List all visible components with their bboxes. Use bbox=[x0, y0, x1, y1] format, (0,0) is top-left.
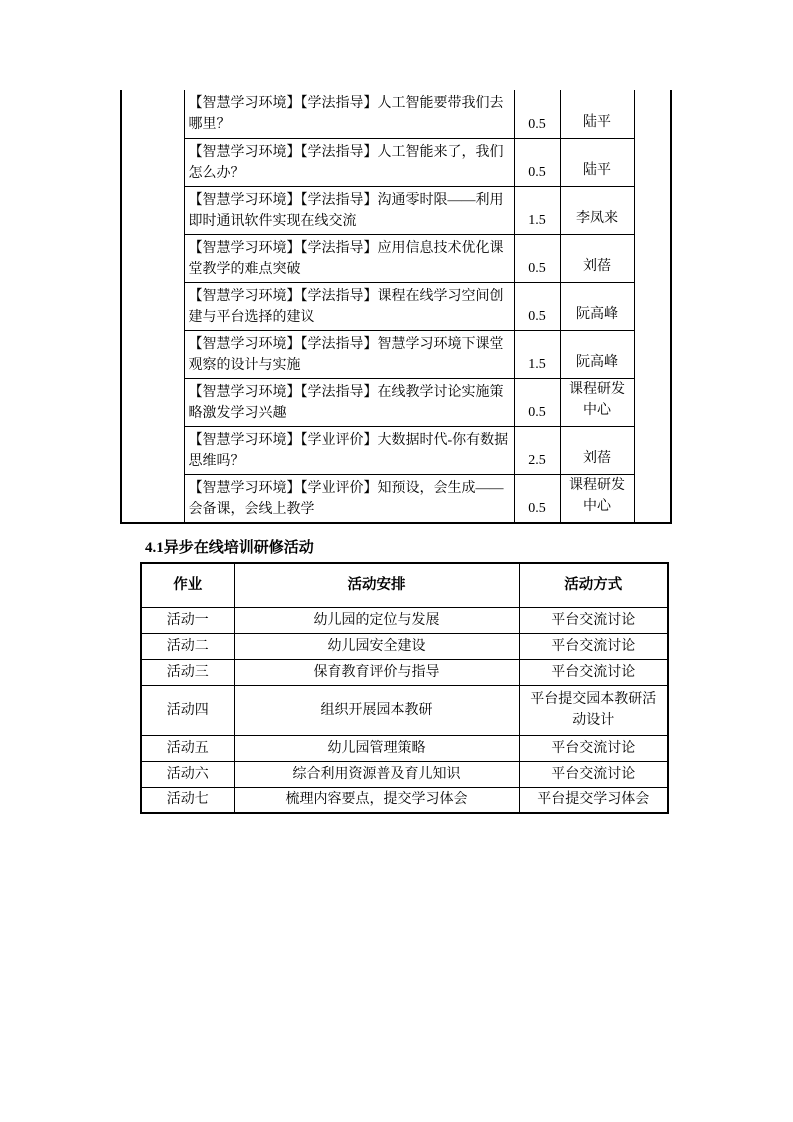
course-title-cell: 【智慧学习环境】【学法指导】课程在线学习空间创建与平台选择的建议 bbox=[184, 282, 514, 330]
method-cell: 平台交流讨论 bbox=[519, 761, 668, 787]
arrangement-cell: 保育教育评价与指导 bbox=[234, 659, 519, 685]
arrangement-cell: 综合利用资源普及育儿知识 bbox=[234, 761, 519, 787]
course-table: 【智慧学习环境】【学法指导】人工智能要带我们去哪里？ 0.5 陆平 【智慧学习环… bbox=[120, 90, 672, 524]
hours-cell: 0.5 bbox=[514, 138, 560, 186]
spacer-cell-right bbox=[634, 90, 671, 523]
hours-cell: 1.5 bbox=[514, 330, 560, 378]
arrangement-cell: 幼儿园的定位与发展 bbox=[234, 607, 519, 633]
method-cell: 平台提交园本教研活动设计 bbox=[519, 685, 668, 735]
table-row: 活动四 组织开展园本教研 平台提交园本教研活动设计 bbox=[141, 685, 668, 735]
course-title-cell: 【智慧学习环境】【学法指导】智慧学习环境下课堂观察的设计与实施 bbox=[184, 330, 514, 378]
document-page: 【智慧学习环境】【学法指导】人工智能要带我们去哪里？ 0.5 陆平 【智慧学习环… bbox=[0, 0, 793, 1122]
assignment-cell: 活动五 bbox=[141, 735, 234, 761]
table-row: 活动二 幼儿园安全建设 平台交流讨论 bbox=[141, 633, 668, 659]
table-row: 【智慧学习环境】【学法指导】人工智能来了，我们怎么办？ 0.5 陆平 bbox=[121, 138, 671, 186]
table-row: 活动六 综合利用资源普及育儿知识 平台交流讨论 bbox=[141, 761, 668, 787]
course-title-cell: 【智慧学习环境】【学法指导】沟通零时限——利用即时通讯软件实现在线交流 bbox=[184, 186, 514, 234]
column-header-method: 活动方式 bbox=[519, 563, 668, 607]
assignment-cell: 活动二 bbox=[141, 633, 234, 659]
arrangement-cell: 梳理内容要点，提交学习体会 bbox=[234, 787, 519, 813]
hours-cell: 1.5 bbox=[514, 186, 560, 234]
spacer-cell-left bbox=[121, 90, 184, 523]
method-cell: 平台交流讨论 bbox=[519, 607, 668, 633]
table-row: 活动五 幼儿园管理策略 平台交流讨论 bbox=[141, 735, 668, 761]
course-title-cell: 【智慧学习环境】【学法指导】人工智能要带我们去哪里？ bbox=[184, 90, 514, 138]
hours-cell: 0.5 bbox=[514, 378, 560, 426]
instructor-cell: 刘蓓 bbox=[560, 234, 634, 282]
column-header-assignment: 作业 bbox=[141, 563, 234, 607]
table-header-row: 作业 活动安排 活动方式 bbox=[141, 563, 668, 607]
arrangement-cell: 幼儿园安全建设 bbox=[234, 633, 519, 659]
table-row: 【智慧学习环境】【学业评价】知预设，会生成——会备课，会线上教学 0.5 课程研… bbox=[121, 474, 671, 523]
table-row: 【智慧学习环境】【学法指导】在线教学讨论实施策略激发学习兴趣 0.5 课程研发中… bbox=[121, 378, 671, 426]
table-row: 【智慧学习环境】【学法指导】人工智能要带我们去哪里？ 0.5 陆平 bbox=[121, 90, 671, 138]
course-title-cell: 【智慧学习环境】【学法指导】在线教学讨论实施策略激发学习兴趣 bbox=[184, 378, 514, 426]
table-row: 【智慧学习环境】【学法指导】课程在线学习空间创建与平台选择的建议 0.5 阮高峰 bbox=[121, 282, 671, 330]
method-cell: 平台交流讨论 bbox=[519, 735, 668, 761]
arrangement-cell: 幼儿园管理策略 bbox=[234, 735, 519, 761]
assignment-cell: 活动四 bbox=[141, 685, 234, 735]
course-title-cell: 【智慧学习环境】【学法指导】应用信息技术优化课堂教学的难点突破 bbox=[184, 234, 514, 282]
assignment-cell: 活动七 bbox=[141, 787, 234, 813]
instructor-cell: 陆平 bbox=[560, 138, 634, 186]
table-row: 【智慧学习环境】【学法指导】应用信息技术优化课堂教学的难点突破 0.5 刘蓓 bbox=[121, 234, 671, 282]
instructor-cell: 课程研发中心 bbox=[560, 378, 634, 426]
instructor-cell: 阮高峰 bbox=[560, 282, 634, 330]
table-row: 活动一 幼儿园的定位与发展 平台交流讨论 bbox=[141, 607, 668, 633]
table-row: 【智慧学习环境】【学法指导】智慧学习环境下课堂观察的设计与实施 1.5 阮高峰 bbox=[121, 330, 671, 378]
method-cell: 平台提交学习体会 bbox=[519, 787, 668, 813]
section-heading: 4.1异步在线培训研修活动 bbox=[145, 538, 314, 558]
method-cell: 平台交流讨论 bbox=[519, 659, 668, 685]
instructor-cell: 阮高峰 bbox=[560, 330, 634, 378]
course-title-cell: 【智慧学习环境】【学法指导】人工智能来了，我们怎么办？ bbox=[184, 138, 514, 186]
table-row: 【智慧学习环境】【学法指导】沟通零时限——利用即时通讯软件实现在线交流 1.5 … bbox=[121, 186, 671, 234]
instructor-cell: 刘蓓 bbox=[560, 426, 634, 474]
activity-table: 作业 活动安排 活动方式 活动一 幼儿园的定位与发展 平台交流讨论 活动二 幼儿… bbox=[140, 562, 669, 814]
hours-cell: 2.5 bbox=[514, 426, 560, 474]
assignment-cell: 活动一 bbox=[141, 607, 234, 633]
table-row: 活动三 保育教育评价与指导 平台交流讨论 bbox=[141, 659, 668, 685]
assignment-cell: 活动三 bbox=[141, 659, 234, 685]
hours-cell: 0.5 bbox=[514, 474, 560, 523]
table-row: 【智慧学习环境】【学业评价】大数据时代-你有数据思维吗？ 2.5 刘蓓 bbox=[121, 426, 671, 474]
course-title-cell: 【智慧学习环境】【学业评价】大数据时代-你有数据思维吗？ bbox=[184, 426, 514, 474]
hours-cell: 0.5 bbox=[514, 282, 560, 330]
instructor-cell: 陆平 bbox=[560, 90, 634, 138]
table-row: 活动七 梳理内容要点，提交学习体会 平台提交学习体会 bbox=[141, 787, 668, 813]
course-title-cell: 【智慧学习环境】【学业评价】知预设，会生成——会备课，会线上教学 bbox=[184, 474, 514, 523]
column-header-arrangement: 活动安排 bbox=[234, 563, 519, 607]
instructor-cell: 课程研发中心 bbox=[560, 474, 634, 523]
assignment-cell: 活动六 bbox=[141, 761, 234, 787]
arrangement-cell: 组织开展园本教研 bbox=[234, 685, 519, 735]
instructor-cell: 李凤来 bbox=[560, 186, 634, 234]
method-cell: 平台交流讨论 bbox=[519, 633, 668, 659]
hours-cell: 0.5 bbox=[514, 234, 560, 282]
hours-cell: 0.5 bbox=[514, 90, 560, 138]
